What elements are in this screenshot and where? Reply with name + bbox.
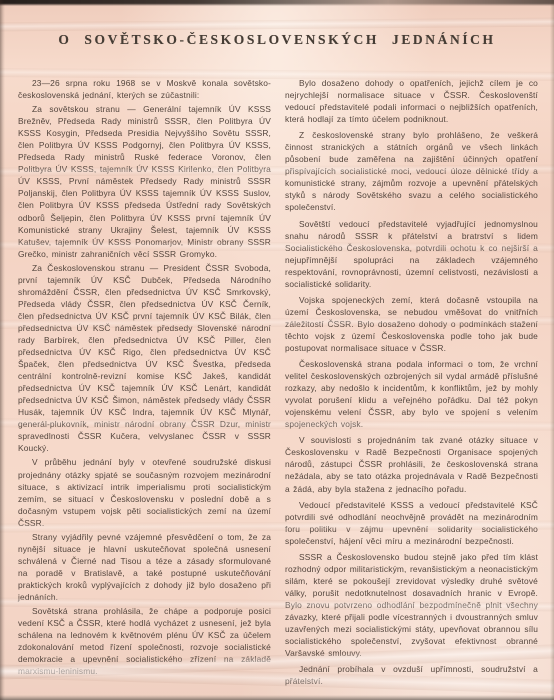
paragraph-discussion-topics: V průběhu jednání byly v otevřené soudru… (18, 456, 271, 528)
left-column: 23—26 srpna roku 1968 se v Moskvě konala… (18, 77, 271, 691)
document-body: 23—26 srpna roku 1968 se v Moskvě konala… (18, 77, 538, 691)
paragraph-czech-delegation: Za Československou stranu — President ČS… (18, 262, 271, 455)
paragraph-czech-declaration: Z československé strany bylo prohlášeno,… (285, 129, 538, 213)
paragraph-security-council: V souvislosti s projednáním tak zvané ot… (285, 434, 538, 494)
paper-crease (0, 17, 554, 31)
page-title: O SOVĚTSKO-ČESKOSLOVENSKÝCH JEDNÁNÍCH (0, 32, 554, 48)
paragraph-warsaw-pact: SSSR a Československo budou stejně jako … (285, 551, 538, 659)
paragraph-allied-troops: Vojska spojeneckých zemí, která dočasně … (285, 294, 538, 354)
paragraph-soviet-friendship: Sovětští vedoucí představitelé vyjadřují… (285, 218, 538, 290)
paragraph-soviet-support: Sovětská strana prohlásila, že chápe a p… (18, 605, 271, 677)
paragraph-international-policy: Vedoucí představitelé KSSS a vedoucí pře… (285, 499, 538, 547)
paragraph-meeting-intro: 23—26 srpna roku 1968 se v Moskvě konala… (18, 77, 271, 101)
paragraph-closing: Jednání probíhala v ovzduší upřímnosti, … (285, 663, 538, 687)
right-column: Bylo dosaženo dohody o opatřeních, jejic… (285, 77, 538, 691)
paragraph-army-orders: Československá strana podala informaci o… (285, 358, 538, 430)
scan-edge-left (0, 0, 5, 700)
scan-edge-bottom (0, 695, 554, 700)
document-page: O SOVĚTSKO-ČESKOSLOVENSKÝCH JEDNÁNÍCH 23… (0, 0, 554, 700)
paragraph-mutual-conviction: Strany vyjádřily pevné vzájemné přesvědč… (18, 531, 271, 603)
paragraph-normalisation: Bylo dosaženo dohody o opatřeních, jejic… (285, 77, 538, 125)
scan-edge-top (0, 0, 554, 6)
paragraph-soviet-delegation: Za sovětskou stranu — Generální tajemník… (18, 103, 271, 260)
scan-edge-right (550, 0, 554, 700)
